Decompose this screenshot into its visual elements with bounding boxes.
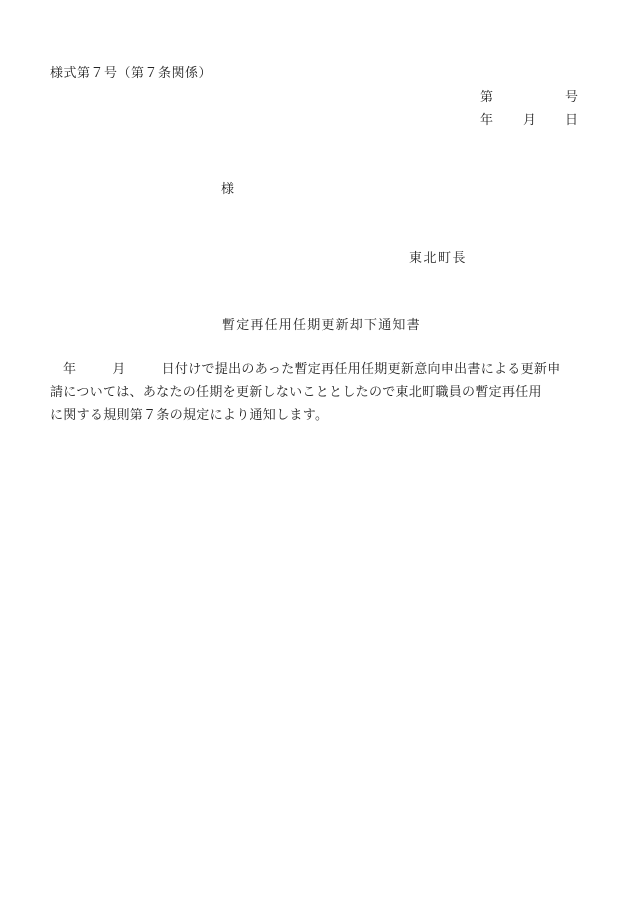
document-title: 暫定再任用任期更新却下通知書 (222, 319, 421, 332)
issue-date-month: 月 (523, 114, 536, 127)
body-date-month: 月 (112, 362, 125, 377)
document-number-prefix: 第 (480, 91, 493, 104)
body-line-1-text: 日付けで提出のあった暫定再任用任期更新意向申出書による更新申 (162, 362, 561, 377)
body-line-3: に関する規則第７条の規定により通知します。 (50, 409, 580, 432)
document-number-suffix: 号 (565, 91, 578, 104)
body-date-year: 年 (63, 362, 76, 377)
addressee-honorific: 様 (221, 183, 234, 196)
issuer-name: 東北町長 (409, 252, 467, 265)
body-line-2: 請については、あなたの任期を更新しないこととしたので東北町職員の暫定再任用 (50, 386, 580, 409)
issue-date-year: 年 (480, 114, 493, 127)
body-line-1: 年月日付けで提出のあった暫定再任用任期更新意向申出書による更新申 (50, 363, 580, 386)
issue-date-day: 日 (565, 114, 578, 127)
body-paragraph: 年月日付けで提出のあった暫定再任用任期更新意向申出書による更新申 請については、… (50, 363, 580, 432)
form-number: 様式第７号（第７条関係） (50, 67, 212, 80)
